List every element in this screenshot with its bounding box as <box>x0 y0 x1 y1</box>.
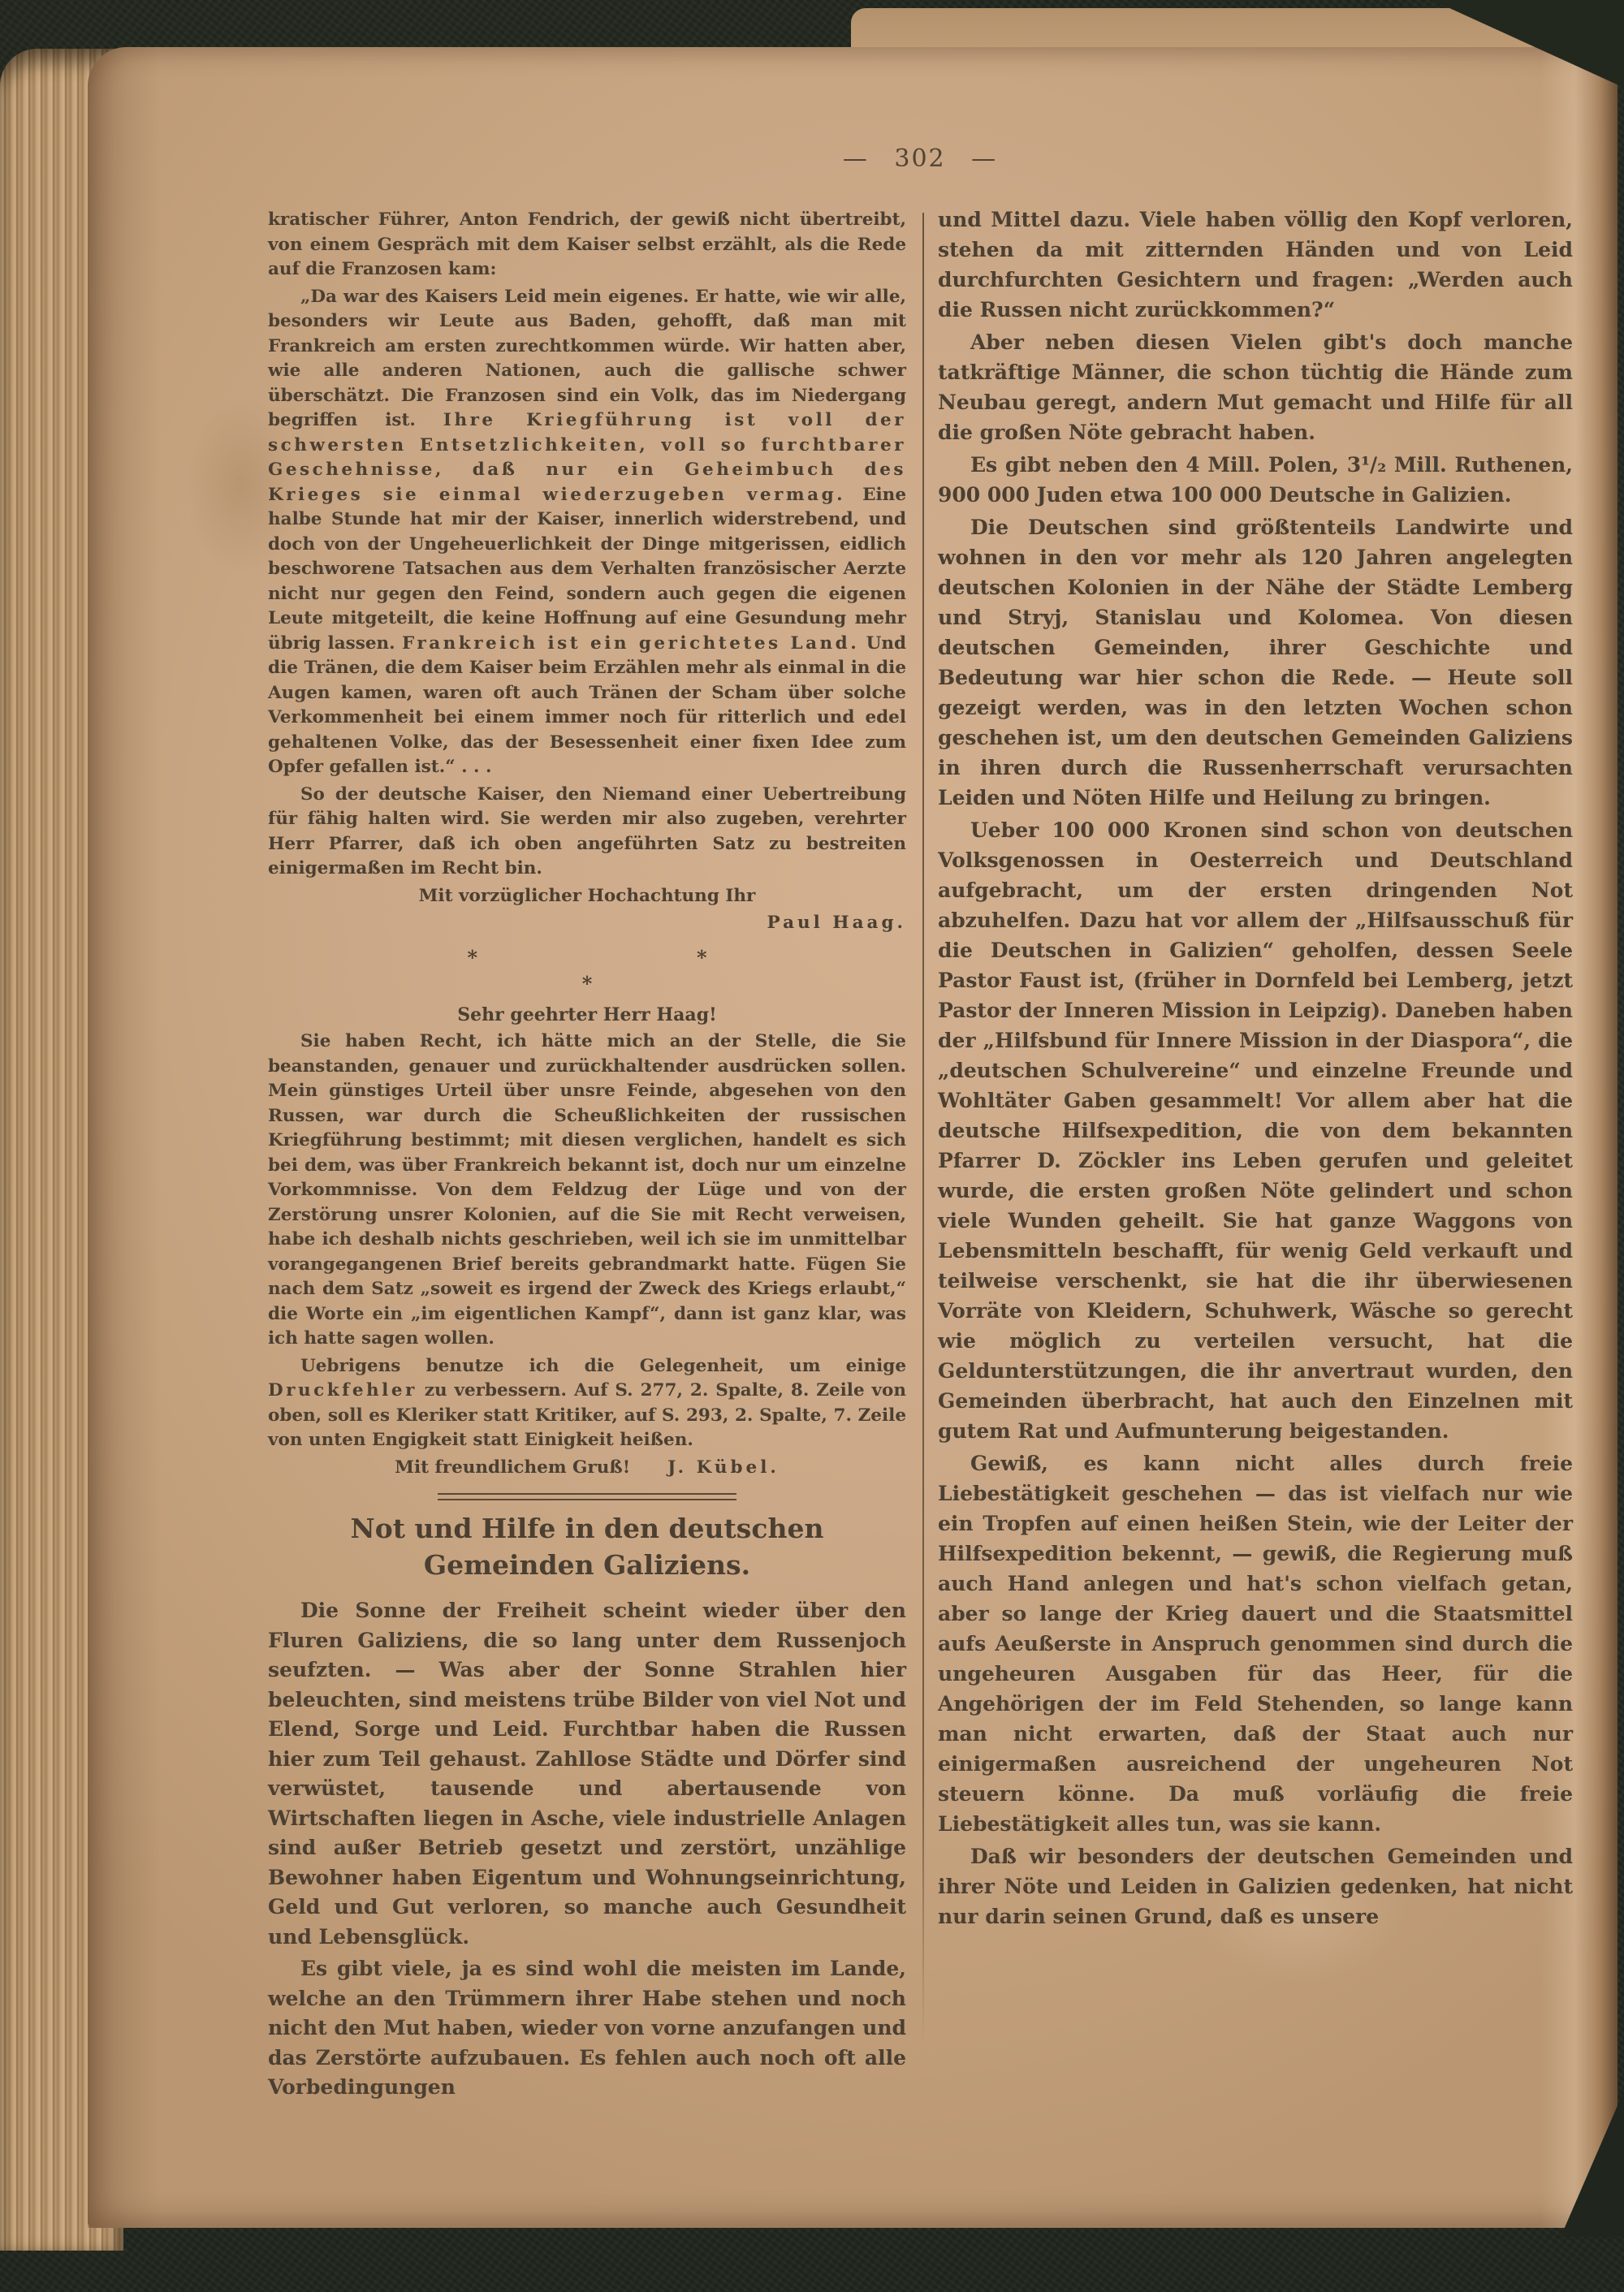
right-paragraph-6: Gewiß, es kann nicht alles durch freie L… <box>938 1448 1573 1839</box>
letter1-continuation: kratischer Führer, Anton Fendrich, der g… <box>268 208 906 283</box>
quote-part-1: „Da war des Kaisers Leid mein eigenes. E… <box>268 287 906 431</box>
left-column: kratischer Führer, Anton Fendrich, der g… <box>268 208 906 2105</box>
section-divider-rule <box>438 1493 736 1500</box>
asterisk-divider: * * * <box>268 947 906 995</box>
right-paragraph-4: Die Deutschen sind größtenteils Landwirt… <box>938 512 1573 813</box>
article-heading-line-1: Not und Hilfe in den deutschen <box>351 1513 824 1544</box>
right-paragraph-3: Es gibt neben den 4 Mill. Polen, 3¹/₂ Mi… <box>938 450 1573 510</box>
right-paragraph-2: Aber neben diesen Vielen gibt's doch man… <box>938 327 1573 447</box>
letter1-valediction: Mit vorzüglicher Hochachtung Ihr <box>268 884 906 909</box>
gutter-shadow <box>88 47 161 2228</box>
letter1-signature: Paul Haag. <box>268 911 906 936</box>
right-column: und Mittel dazu. Viele haben völlig den … <box>938 205 1573 1934</box>
right-paragraph-1: und Mittel dazu. Viele haben völlig den … <box>938 205 1573 325</box>
quote-part-3: Eine halbe Stunde hat mir der Kaiser, in… <box>268 485 906 654</box>
right-paragraph-5: Ueber 100 000 Kronen sind schon von deut… <box>938 815 1573 1446</box>
article-paragraph-1: Die Sonne der Freiheit scheint wieder üb… <box>268 1596 906 1952</box>
quote-part-4-emphasized: Frankreich ist ein gerichtetes Land. <box>402 633 859 654</box>
letter2-p2-emphasized: Druckfehler <box>268 1380 417 1401</box>
letter2-paragraph-1: Sie haben Recht, ich hätte mich an der S… <box>268 1029 906 1352</box>
scanned-book-page: — 302 — kratischer Führer, Anton Fendric… <box>0 0 1624 2292</box>
article-paragraph-2: Es gibt viele, ja es sind wohl die meist… <box>268 1954 906 2103</box>
asterisk: * <box>582 972 593 995</box>
letter2-signature: J. Kübel. <box>667 1456 780 1481</box>
right-paragraph-7: Daß wir besonders der deutschen Gemeinde… <box>938 1841 1573 1932</box>
asterisk: * <box>467 947 477 969</box>
article-heading: Not und Hilfe in den deutschen Gemeinden… <box>268 1510 906 1583</box>
quote-part-5: Und die Tränen, die dem Kaiser beim Erzä… <box>268 633 906 778</box>
page-number: — 302 — <box>266 145 1574 173</box>
letter2-valediction: Mit freundlichem Gruß! <box>395 1456 630 1481</box>
letter1-closing-paragraph: So der deutsche Kaiser, den Niemand eine… <box>268 783 906 882</box>
letter2-paragraph-2: Uebrigens benutze ich die Gelegenheit, u… <box>268 1354 906 1453</box>
kaiser-quote: „Da war des Kaisers Leid mein eigenes. E… <box>268 285 906 780</box>
letter2-salutation: Sehr geehrter Herr Haag! <box>268 1003 906 1028</box>
letter2-valediction-line: Mit freundlichem Gruß! J. Kübel. <box>268 1456 906 1481</box>
letter2-p2-a: Uebrigens benutze ich die Gelegenheit, u… <box>300 1356 906 1376</box>
article-heading-line-2: Gemeinden Galiziens. <box>424 1549 750 1581</box>
column-divider-rule <box>922 213 924 2046</box>
asterisk: * <box>697 947 707 969</box>
